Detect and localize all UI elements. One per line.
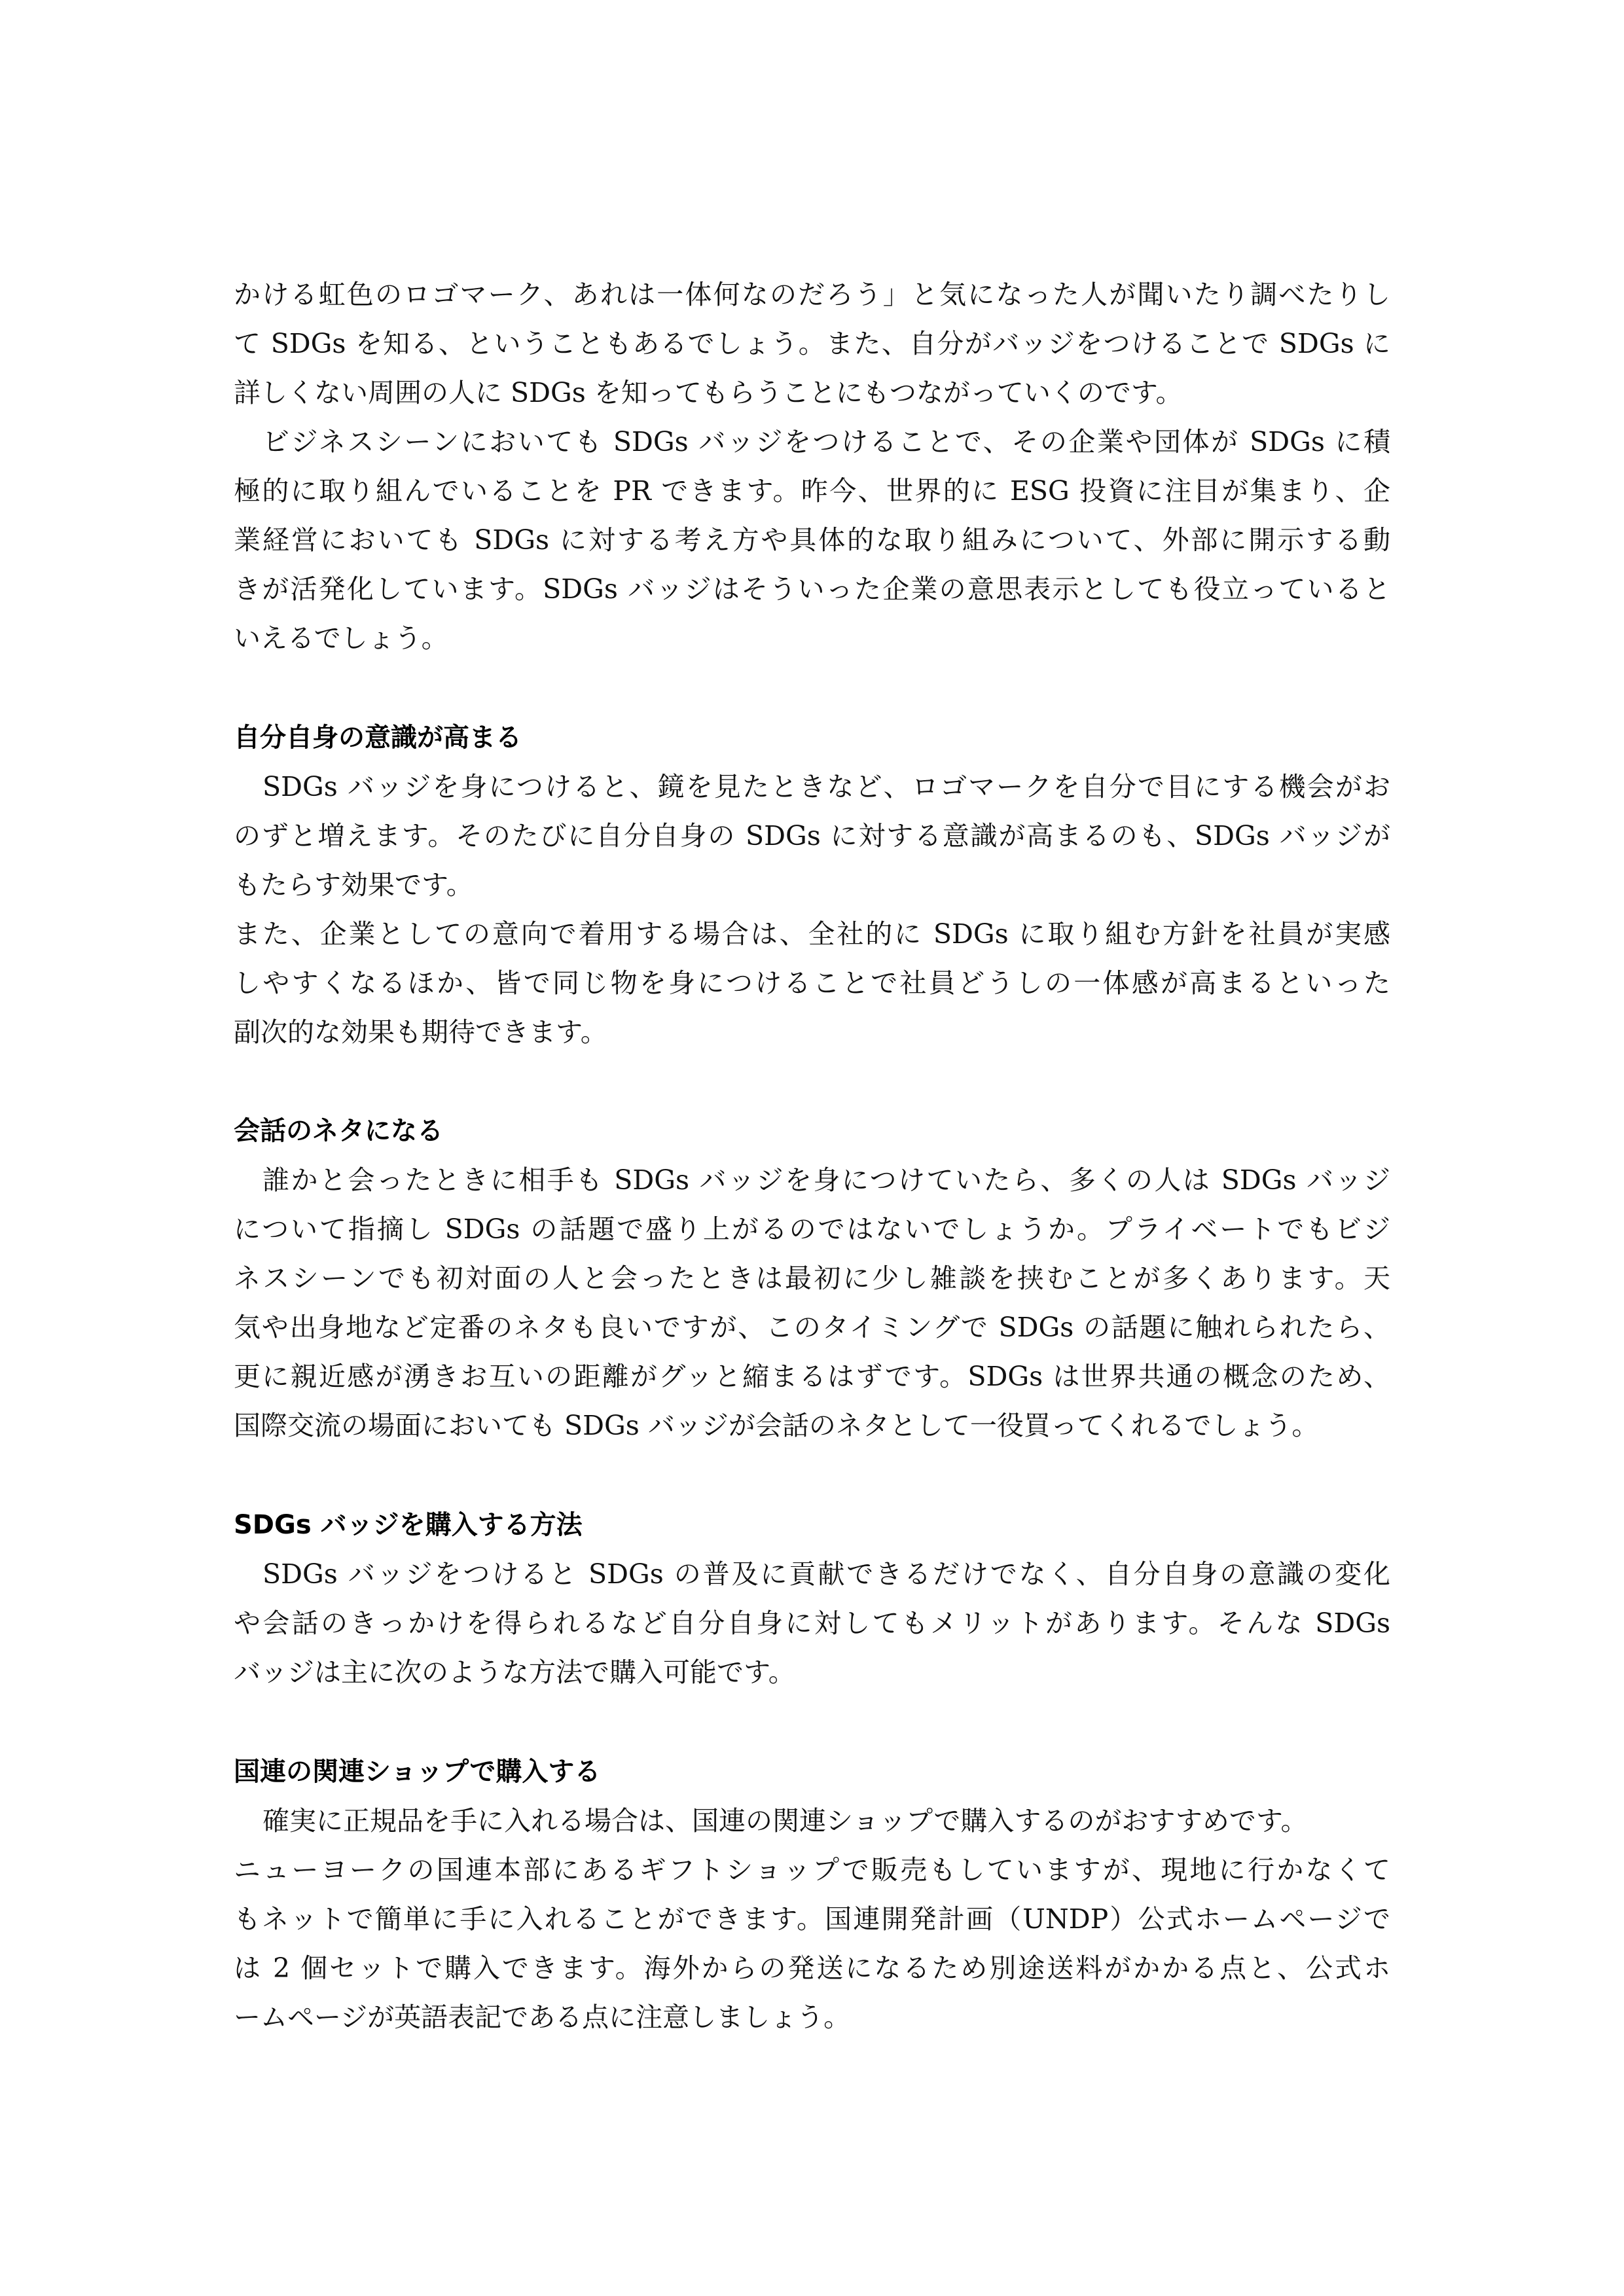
section-heading: SDGs バッジを購入する方法: [234, 1501, 583, 1550]
paragraph-line: SDGs バッジをつけると SDGs の普及に貢献できるだけでなく、自分自身の意…: [234, 1550, 1390, 1599]
paragraph-line: のずと増えます。そのたびに自分自身の SDGs に対する意識が高まるのも、SDG…: [234, 812, 1390, 861]
paragraph-line: また、企業としての意向で着用する場合は、全社的に SDGs に取り組む方針を社員…: [234, 910, 1390, 959]
paragraph-line: しやすくなるほか、皆で同じ物を身につけることで社員どうしの一体感が高まるといった: [234, 959, 1390, 1008]
paragraph-line: について指摘し SDGs の話題で盛り上がるのではないでしょうか。プライベートで…: [234, 1205, 1390, 1254]
paragraph-line: 更に親近感が湧きお互いの距離がグッと縮まるはずです。SDGs は世界共通の概念の…: [234, 1352, 1390, 1401]
section-heading: 会話のネタになる: [234, 1107, 443, 1156]
paragraph-line: 気や出身地など定番のネタも良いですが、このタイミングで SDGs の話題に触れら…: [234, 1303, 1390, 1352]
paragraph-line: 業経営においても SDGs に対する考え方や具体的な取り組みについて、外部に開示…: [234, 516, 1390, 565]
paragraph-line: かける虹色のロゴマーク、あれは一体何なのだろう」と気になった人が聞いたり調べたり…: [234, 270, 1390, 319]
paragraph-line: ネスシーンでも初対面の人と会ったときは最初に少し雑談を挟むことが多くあります。天: [234, 1254, 1390, 1303]
paragraph-line: バッジは主に次のような方法で購入可能です。: [234, 1648, 1390, 1697]
paragraph-line: もネットで簡単に手に入れることができます。国連開発計画（UNDP）公式ホームペー…: [234, 1895, 1390, 1944]
paragraph-line: は 2 個セットで購入できます。海外からの発送になるため別途送料がかかる点と、公…: [234, 1944, 1390, 1993]
section-heading: 自分自身の意識が高まる: [234, 713, 522, 762]
paragraph-line: 誰かと会ったときに相手も SDGs バッジを身につけていたら、多くの人は SDG…: [234, 1156, 1390, 1205]
paragraph-line: SDGs バッジを身につけると、鏡を見たときなど、ロゴマークを自分で目にする機会…: [234, 762, 1390, 812]
document-page: かける虹色のロゴマーク、あれは一体何なのだろう」と気になった人が聞いたり調べたり…: [0, 0, 1624, 2296]
paragraph-line: 詳しくない周囲の人に SDGs を知ってもらうことにもつながっていくのです。: [234, 368, 1390, 418]
paragraph-line: ニューヨークの国連本部にあるギフトショップで販売もしていますが、現地に行かなくて: [234, 1846, 1390, 1895]
paragraph-line: もたらす効果です。: [234, 861, 1390, 910]
paragraph-line: いえるでしょう。: [234, 614, 1390, 663]
paragraph-line: や会話のきっかけを得られるなど自分自身に対してもメリットがあります。そんな SD…: [234, 1599, 1390, 1648]
paragraph-line: 国際交流の場面においても SDGs バッジが会話のネタとして一役買ってくれるでし…: [234, 1401, 1390, 1450]
paragraph-line: 極的に取り組んでいることを PR できます。昨今、世界的に ESG 投資に注目が…: [234, 467, 1390, 516]
paragraph-line: ームページが英語表記である点に注意しましょう。: [234, 1993, 1390, 2042]
paragraph-line: きが活発化しています。SDGs バッジはそういった企業の意思表示としても役立って…: [234, 565, 1390, 614]
section-heading: 国連の関連ショップで購入する: [234, 1748, 600, 1797]
paragraph-line: 副次的な効果も期待できます。: [234, 1008, 1390, 1057]
paragraph-line: て SDGs を知る、ということもあるでしょう。また、自分がバッジをつけることで…: [234, 319, 1390, 368]
paragraph-line: ビジネスシーンにおいても SDGs バッジをつけることで、その企業や団体が SD…: [234, 418, 1390, 467]
paragraph-line: 確実に正規品を手に入れる場合は、国連の関連ショップで購入するのがおすすめです。: [234, 1797, 1390, 1846]
